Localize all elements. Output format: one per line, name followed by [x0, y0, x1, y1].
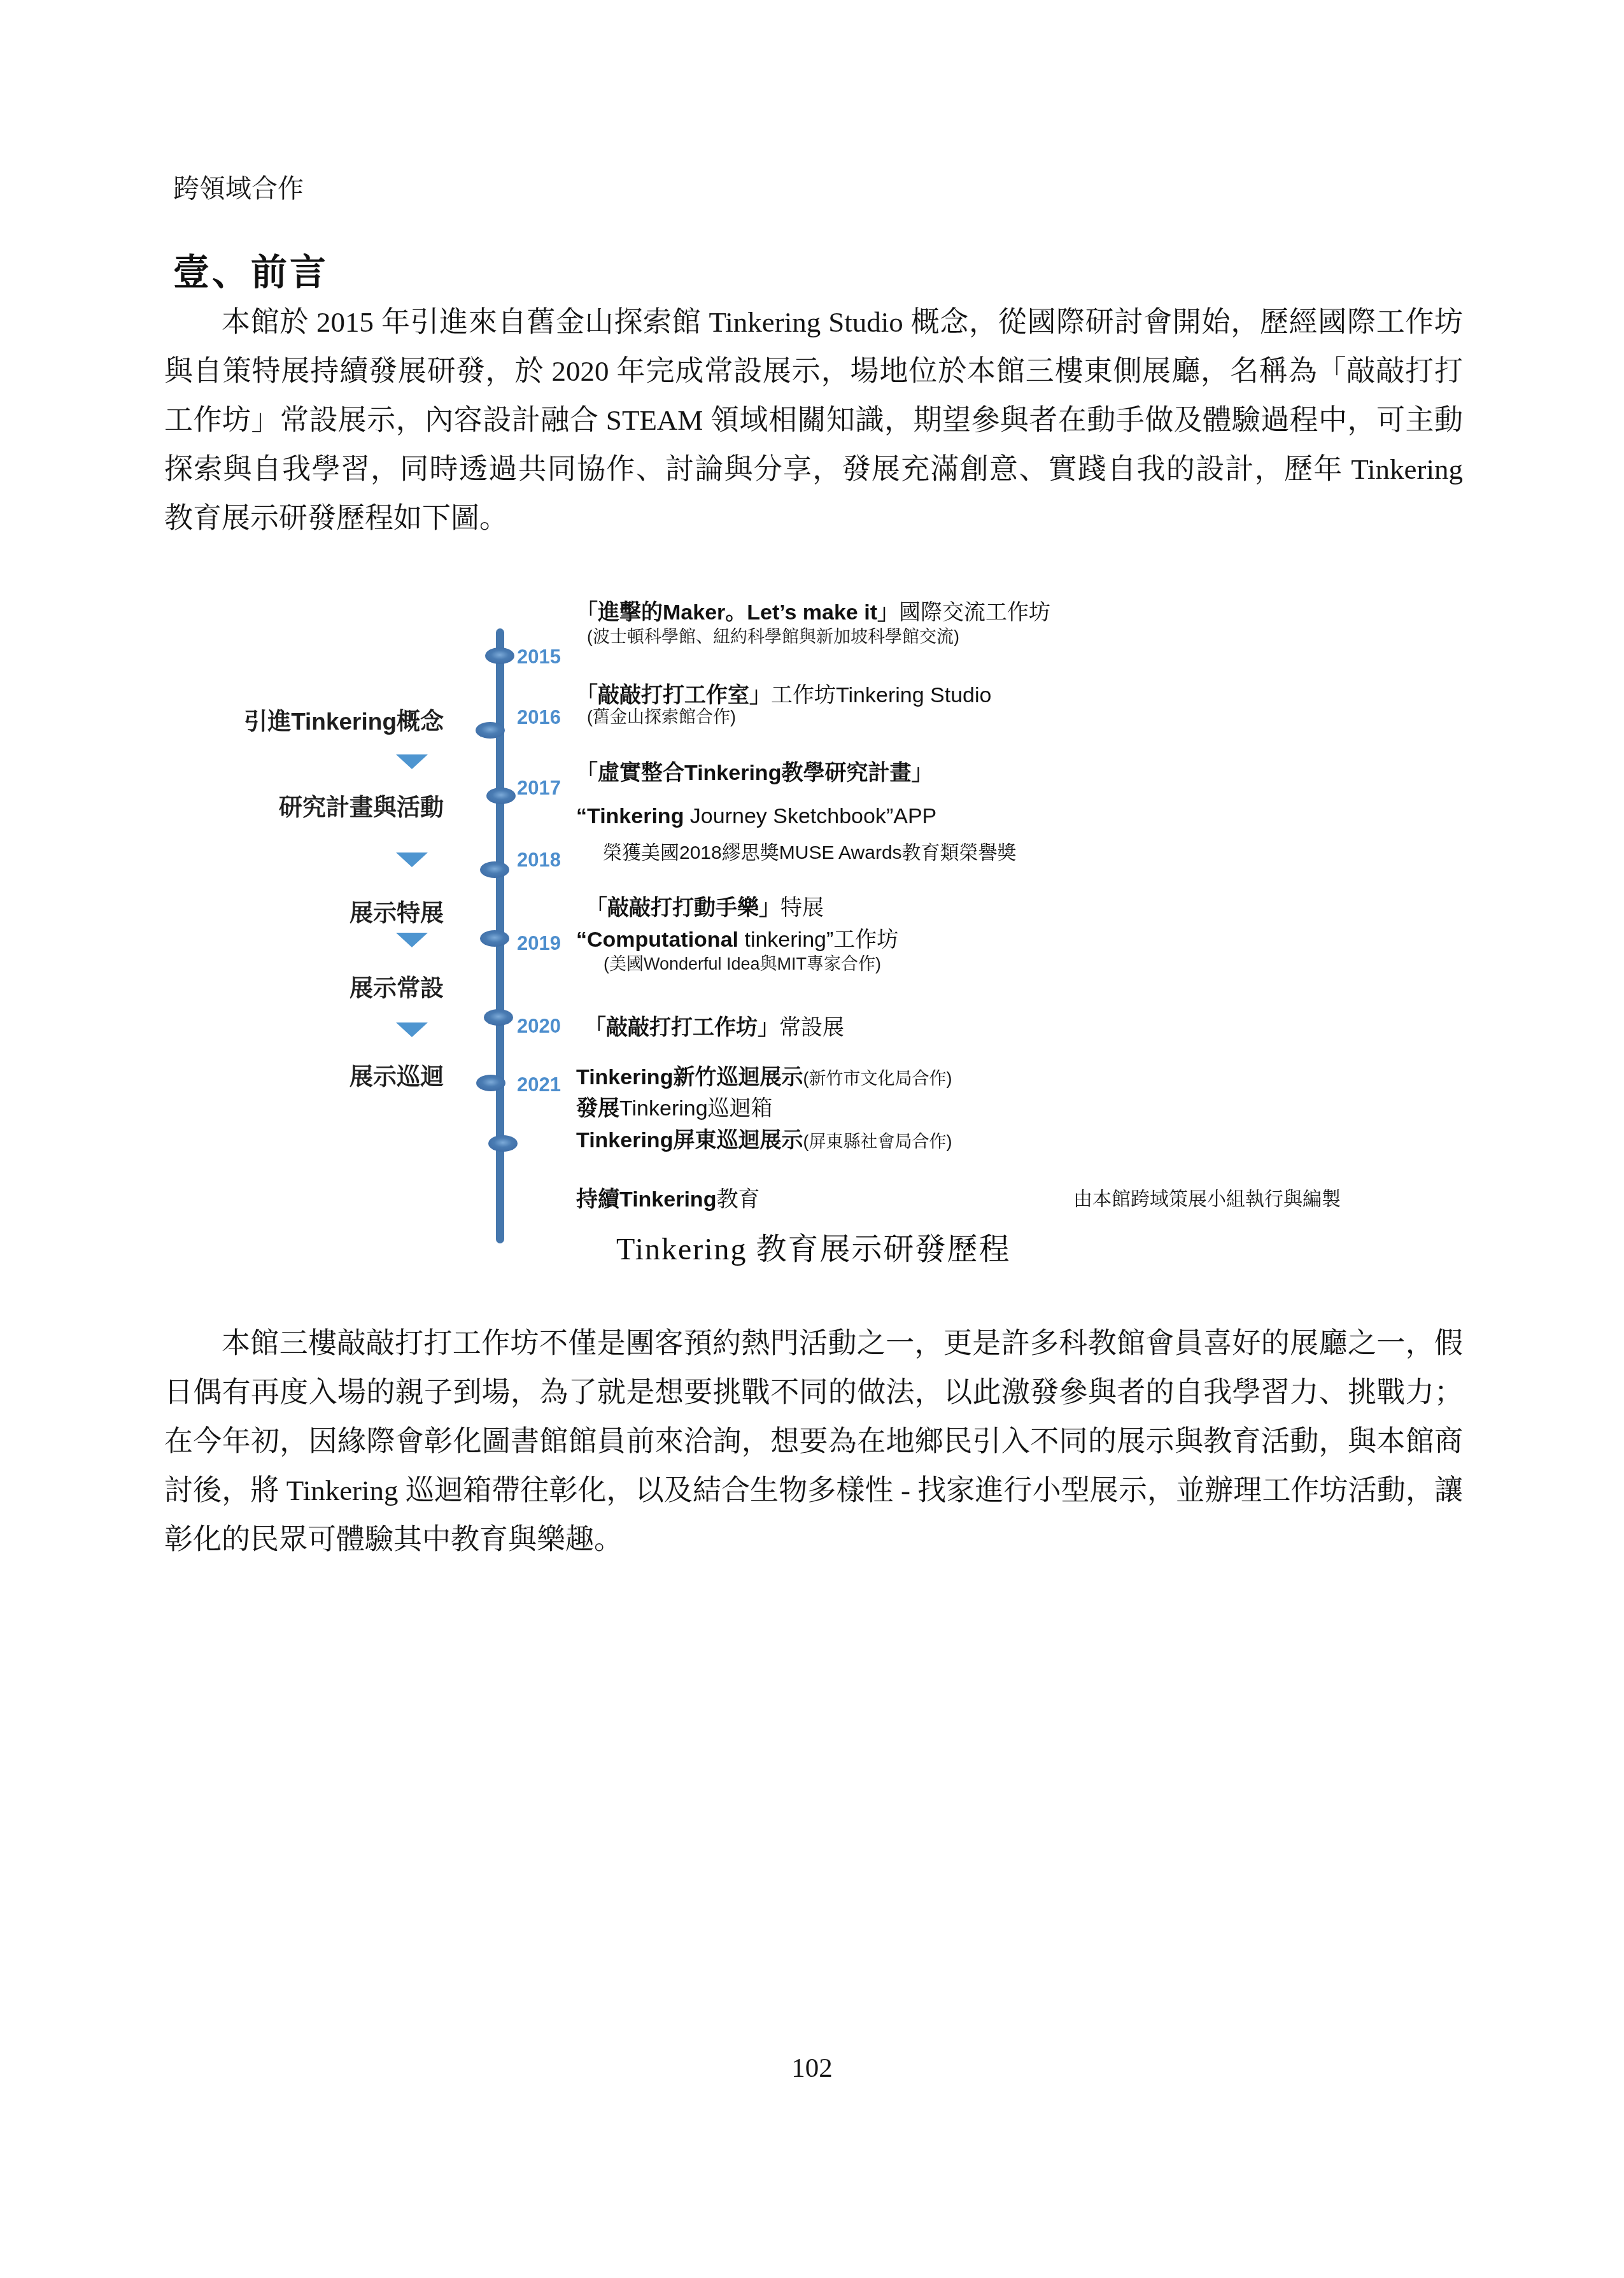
event-text-bold: Tinkering屏東巡迴展示: [576, 1128, 803, 1152]
event-text: 國際交流工作坊: [899, 600, 1050, 625]
year-label-2020: 2020: [517, 1015, 587, 1038]
event-award-note: 榮獲美國2018繆思獎MUSE Awards教育類榮譽獎: [603, 837, 1017, 865]
timeline-event: “Computational tinkering”工作坊: [576, 922, 898, 953]
down-arrow-icon: [396, 754, 428, 769]
figure-caption: Tinkering 教育展示研發歷程: [616, 1224, 1011, 1268]
running-header: 跨領域合作: [173, 173, 304, 204]
event-text-bold: 持續Tinkering: [576, 1187, 716, 1212]
down-arrow-icon: [396, 933, 428, 947]
timeline-event: 「敲敲打打工作坊」常設展: [584, 1010, 844, 1041]
down-arrow-icon: [396, 852, 428, 867]
event-text: 教育: [716, 1187, 759, 1212]
event-text: 工作坊Tinkering Studio: [771, 683, 991, 707]
timeline-event: 持續Tinkering教育: [576, 1182, 759, 1213]
event-text: Journey Sketchbook”APP: [684, 804, 936, 828]
event-text-bold: 「敲敲打打動手樂」: [586, 896, 780, 920]
event-text-bold: 「進擊的Maker。Let’s make it」: [576, 600, 899, 625]
figure-credit: 由本館跨域策展小組執行與編製: [1073, 1183, 1341, 1211]
event-text-bold: Tinkering新竹巡迴展示: [576, 1065, 803, 1089]
timeline-event: Tinkering新竹巡迴展示(新竹市文化局合作): [576, 1059, 952, 1091]
timeline-event: Tinkering屏東巡迴展示(屏東縣社會局合作): [576, 1122, 952, 1154]
paragraph-intro: 本館於 2015 年引進來自舊金山探索館 Tinkering Studio 概念…: [164, 298, 1463, 543]
stage-label-concept: 引進Tinkering概念: [170, 702, 444, 737]
event-note: (美國Wonderful Idea與MIT專家合作): [604, 950, 881, 975]
timeline-node-2020: [484, 1009, 513, 1026]
stage-label-special: 展示特展: [170, 894, 444, 928]
timeline-event: 「進擊的Maker。Let’s make it」國際交流工作坊: [576, 595, 1050, 626]
event-text-bold: “Tinkering: [576, 804, 684, 828]
document-page: 跨領域合作 壹、前言 本館於 2015 年引進來自舊金山探索館 Tinkerin…: [0, 0, 1624, 2278]
timeline-node-2017: [486, 788, 516, 804]
down-arrow-icon: [396, 1022, 428, 1037]
timeline-node-2018: [480, 861, 509, 878]
event-note: (舊金山探索館合作): [587, 703, 736, 728]
event-inline-note: (屏東縣社會局合作): [803, 1132, 952, 1151]
event-inline-note: (新竹市文化局合作): [803, 1069, 952, 1088]
event-text: Tinkering巡迴箱: [619, 1096, 773, 1121]
event-text-bold: “Computational: [576, 928, 738, 952]
event-text: tinkering”工作坊: [738, 928, 898, 952]
stage-label-research: 研究計畫與活動: [170, 788, 444, 823]
timeline-node-2016: [476, 722, 505, 739]
section-title: 壹、前言: [173, 243, 328, 295]
timeline-node-2015: [485, 647, 514, 664]
stage-label-touring: 展示巡迴: [170, 1058, 444, 1092]
event-text-bold: 發展: [576, 1096, 619, 1121]
timeline-event: “Tinkering Journey Sketchbook”APP: [576, 804, 936, 829]
year-label-2018: 2018: [517, 849, 587, 872]
page-number: 102: [0, 2053, 1624, 2084]
stage-label-permanent: 展示常設: [170, 969, 444, 1003]
timeline-node-2019: [480, 930, 509, 947]
timeline-figure: 2015 2016 2017 2018 2019 2020 2021 引進Tin…: [0, 592, 1624, 1286]
timeline-event: 「敲敲打打動手樂」特展: [586, 890, 824, 921]
event-text-bold: 「敲敲打打工作坊」: [584, 1015, 779, 1040]
timeline-node-2021: [476, 1075, 505, 1091]
event-text: 特展: [780, 896, 824, 920]
event-text: 常設展: [779, 1015, 844, 1040]
timeline-event: 「虛實整合Tinkering教學研究計畫」: [576, 755, 933, 786]
event-note: (波士頓科學館、紐約科學館與新加坡科學館交流): [587, 623, 959, 647]
paragraph-body: 本館三樓敲敲打打工作坊不僅是團客預約熱門活動之一，更是許多科教館會員喜好的展廳之…: [164, 1319, 1463, 1564]
year-label-2016: 2016: [517, 706, 587, 729]
timeline-event: 發展Tinkering巡迴箱: [576, 1091, 773, 1122]
event-text-bold: 「虛實整合Tinkering教學研究計畫」: [576, 761, 933, 785]
timeline-node-end: [488, 1135, 518, 1152]
year-label-2015: 2015: [517, 646, 587, 669]
